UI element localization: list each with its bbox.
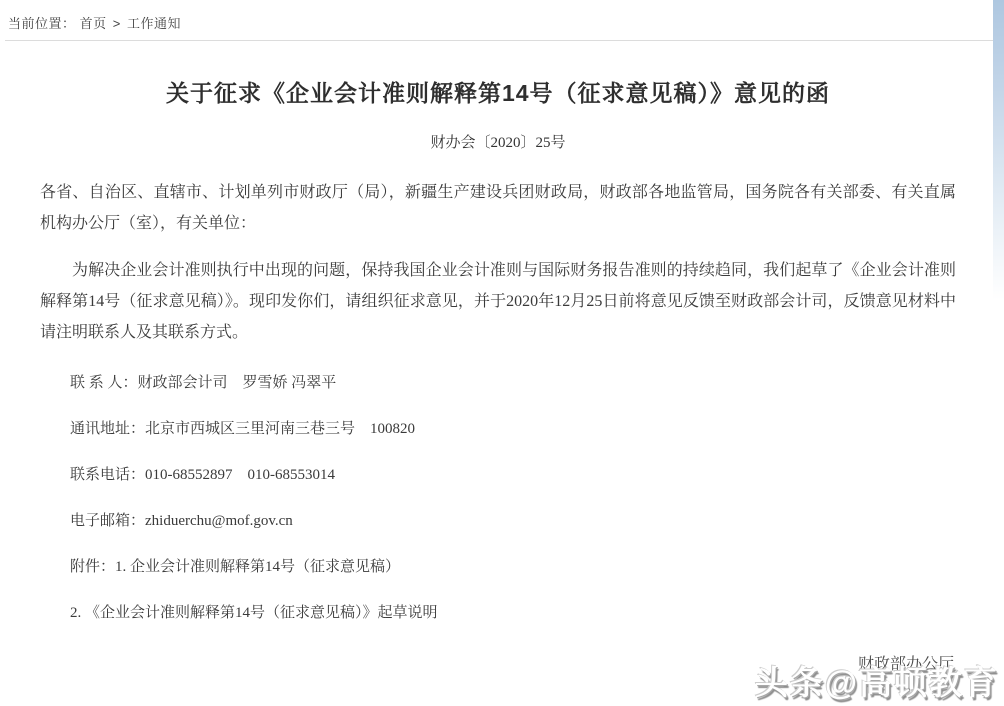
breadcrumb-label: 当前位置： [8, 13, 76, 32]
contact-block: 联 系 人：财政部会计司 罗雪娇 冯翠平 通讯地址：北京市西城区三里河南三巷三号… [40, 375, 956, 621]
document-number: 财办会〔2020〕25号 [40, 131, 956, 152]
attachment-line-1: 附件：1. 企业会计准则解释第14号（征求意见稿） [70, 559, 956, 575]
attachment-line-2: 2. 《企业会计准则解释第14号（征求意见稿）》起草说明 [70, 605, 956, 621]
document-title: 关于征求《企业会计准则解释第14号（征求意见稿）》意见的函 [40, 78, 956, 108]
breadcrumb: 当前位置： 首页 > 工作通知 [8, 13, 181, 32]
breadcrumb-section-link[interactable]: 工作通知 [127, 13, 181, 32]
document-article: 关于征求《企业会计准则解释第14号（征求意见稿）》意见的函 财办会〔2020〕2… [40, 41, 956, 674]
breadcrumb-home-link[interactable]: 首页 [80, 13, 107, 32]
phone-line: 联系电话：010-68552897 010-68553014 [70, 467, 956, 483]
email-line: 电子邮箱：zhiduerchu@mof.gov.cn [70, 513, 956, 529]
right-edge-strip [993, 0, 1004, 300]
contact-person-line: 联 系 人：财政部会计司 罗雪娇 冯翠平 [70, 375, 956, 391]
body-paragraph: 为解决企业会计准则执行中出现的问题，保持我国企业会计准则与国际财务报告准则的持续… [40, 255, 956, 348]
watermark: 头条@高顿教育 [755, 657, 999, 704]
document-page: 当前位置： 首页 > 工作通知 关于征求《企业会计准则解释第14号（征求意见稿）… [0, 0, 1004, 706]
salutation-paragraph: 各省、自治区、直辖市、计划单列市财政厅（局），新疆生产建设兵团财政局，财政部各地… [40, 177, 956, 239]
address-line: 通讯地址：北京市西城区三里河南三巷三号 100820 [70, 421, 956, 437]
breadcrumb-separator: > [113, 16, 121, 31]
